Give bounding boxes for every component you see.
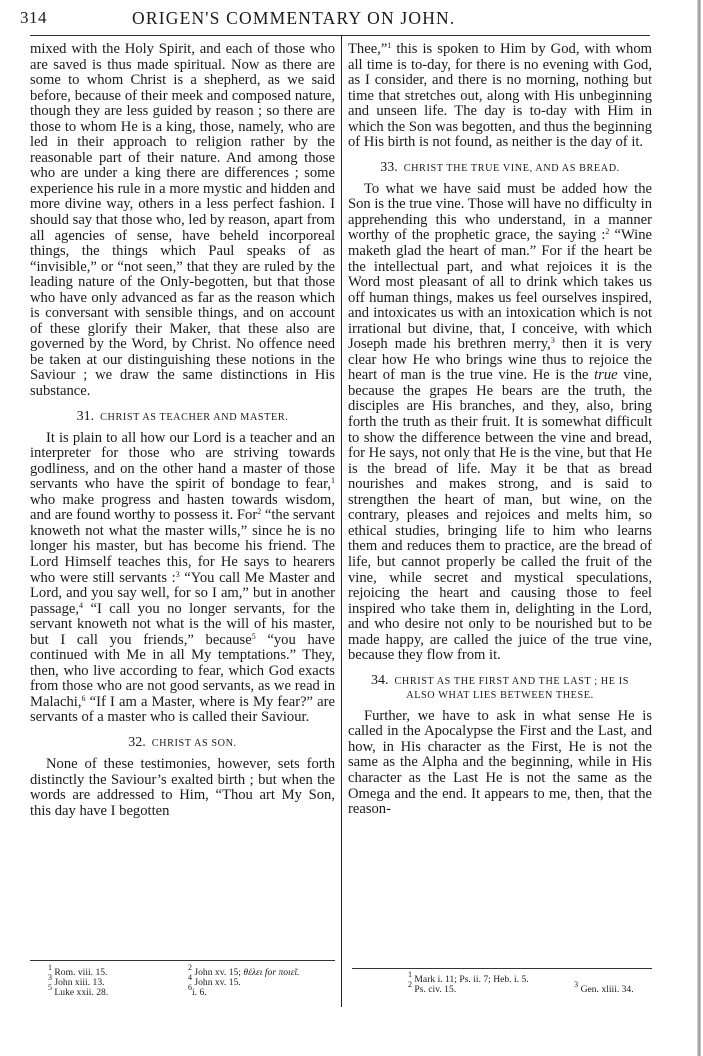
footnote-ref[interactable]: 1 bbox=[331, 476, 335, 485]
left-column: mixed with the Holy Spirit, and each of … bbox=[30, 42, 335, 819]
footnote-rule-left bbox=[30, 960, 335, 961]
paragraph: Further, we have to ask in what sense He… bbox=[348, 709, 652, 818]
section-title-cont: ALSO WHAT LIES BETWEEN THESE. bbox=[406, 690, 593, 701]
section-heading-33: 33.CHRIST THE TRUE VINE, AND AS BREAD. bbox=[348, 161, 652, 176]
section-title: CHRIST AS TEACHER AND MASTER. bbox=[100, 412, 288, 423]
section-number: 33. bbox=[380, 160, 398, 175]
footnote: 6i. 6. bbox=[188, 988, 300, 998]
footnote: 2 Ps. civ. 15.3 Gen. xliii. 34. bbox=[408, 985, 648, 995]
footnotes-right: 1 Mark i. 11; Ps. ii. 7; Heb. i. 5. 2 Ps… bbox=[408, 975, 648, 995]
paragraph: To what we have said must be added how t… bbox=[348, 182, 652, 664]
section-number: 32. bbox=[128, 735, 146, 750]
section-heading-31: 31.CHRIST AS TEACHER AND MASTER. bbox=[30, 410, 335, 425]
emphasis: true bbox=[594, 367, 618, 383]
footnote-rule-right bbox=[352, 968, 652, 969]
page-header: 314 ORIGEN'S COMMENTARY ON JOHN. bbox=[0, 6, 703, 30]
section-heading-34: 34.CHRIST AS THE FIRST AND THE LAST ; HE… bbox=[348, 674, 652, 703]
footnote: 5 Luke xxii. 28. bbox=[48, 988, 108, 998]
section-title: CHRIST AS THE FIRST AND THE LAST ; HE IS bbox=[395, 676, 629, 687]
section-title: CHRIST AS SON. bbox=[152, 738, 237, 749]
section-number: 34. bbox=[371, 673, 389, 688]
column-divider bbox=[341, 35, 342, 1007]
section-number: 31. bbox=[77, 409, 95, 424]
footnotes-left-a: 1 Rom. viii. 15. 3 John xiii. 13. 5 Luke… bbox=[48, 968, 108, 997]
paragraph: Thee,”1 this is spoken to Him by God, wi… bbox=[348, 42, 652, 151]
section-title: CHRIST THE TRUE VINE, AND AS BREAD. bbox=[404, 163, 620, 174]
paragraph: None of these testimonies, however, sets… bbox=[30, 757, 335, 819]
section-heading-32: 32.CHRIST AS SON. bbox=[30, 736, 335, 751]
footnotes-left-b: 2 John xv. 15; θέλει for ποιεῖ. 4 John x… bbox=[188, 968, 300, 997]
page-number: 314 bbox=[20, 8, 47, 28]
paragraph: mixed with the Holy Spirit, and each of … bbox=[30, 42, 335, 400]
right-column: Thee,”1 this is spoken to Him by God, wi… bbox=[348, 42, 652, 818]
header-rule bbox=[30, 35, 650, 36]
running-title: ORIGEN'S COMMENTARY ON JOHN. bbox=[132, 8, 455, 29]
paragraph: It is plain to all how our Lord is a tea… bbox=[30, 431, 335, 726]
page-edge-shadow bbox=[697, 0, 701, 1056]
